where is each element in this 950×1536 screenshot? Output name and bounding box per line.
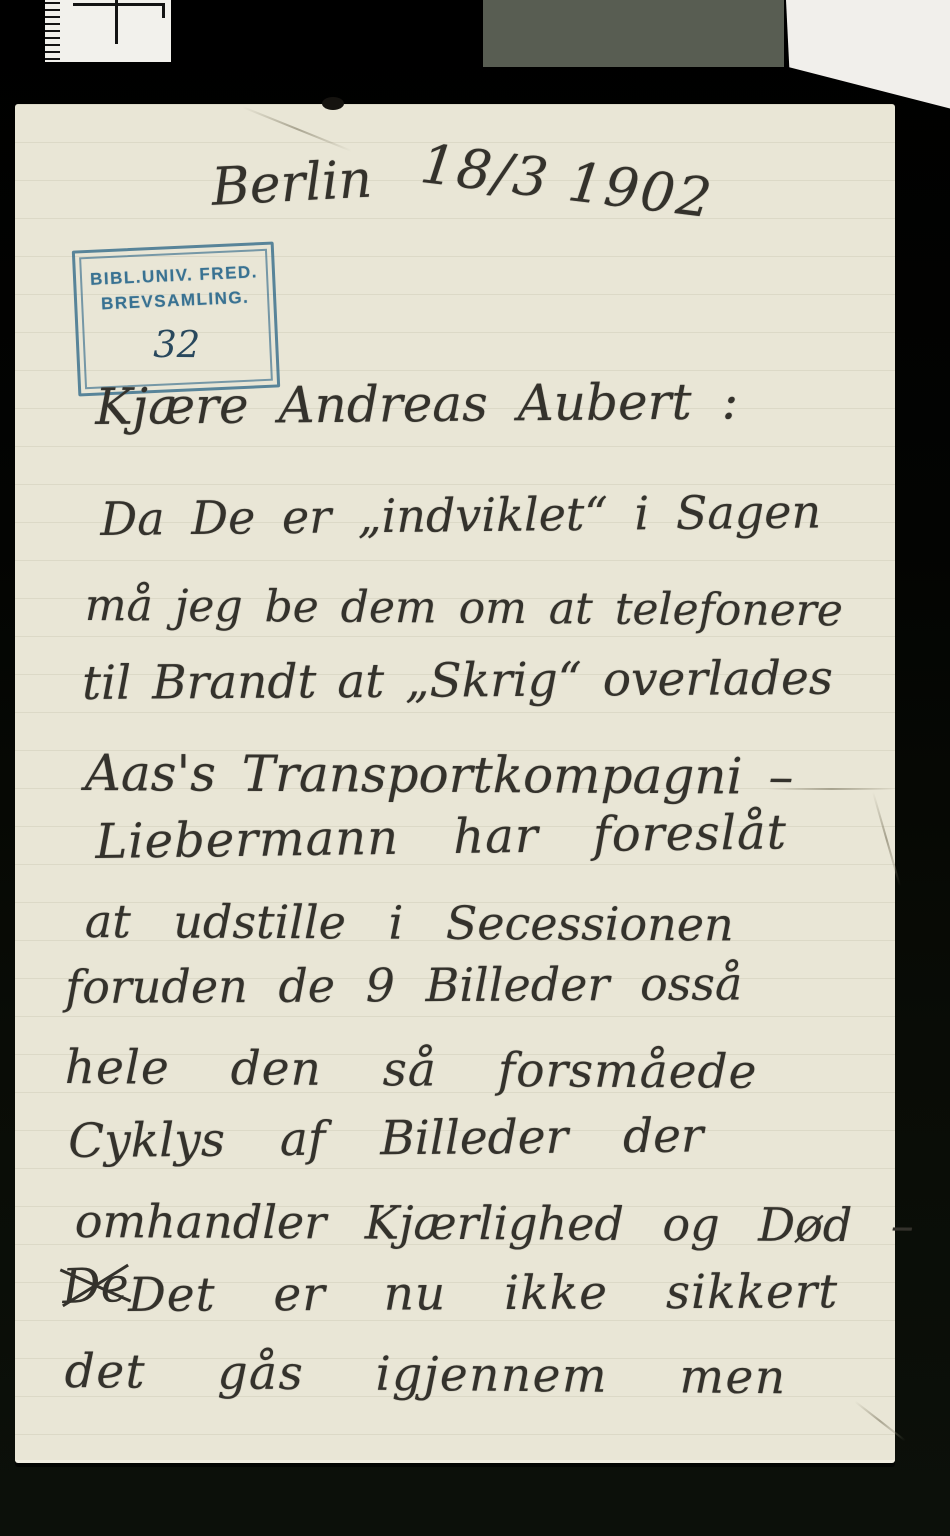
- crosshair-stub: [162, 3, 165, 18]
- handwriting-line: må jeg be dem om at telefonere: [85, 580, 843, 636]
- handwriting-line: til Brandt at „Skrig“ overlades: [82, 651, 833, 711]
- ruler-tick-marks: [45, 2, 60, 60]
- stamp-number: 32: [153, 323, 200, 366]
- handwriting-line: Da De er „indviklet“ i Sagen: [100, 484, 821, 546]
- calibration-ruler-card: [45, 0, 171, 62]
- crosshair-horizontal: [73, 3, 165, 6]
- dateline-place: Berlin: [210, 150, 374, 218]
- crosshair-vertical: [115, 0, 118, 44]
- handwriting-line: Cyklys af Billeder der: [68, 1108, 704, 1169]
- struck-word: De: [61, 1257, 130, 1315]
- ink-blot: [322, 97, 344, 110]
- library-stamp-inner-border: BIBL.UNIV. FRED. BREVSAMLING. 32: [79, 249, 273, 389]
- stamp-line-2: BREVSAMLING.: [101, 285, 250, 316]
- gray-calibration-patch: [483, 0, 784, 67]
- handwriting-line: Liebermann har foreslåt: [95, 804, 787, 870]
- library-stamp: BIBL.UNIV. FRED. BREVSAMLING. 32: [72, 241, 280, 396]
- handwriting-line: omhandler Kjærlighed og Død –: [75, 1194, 914, 1252]
- handwriting-line: det gås igjennem men: [65, 1344, 787, 1405]
- handwriting-line: foruden de 9 Billeder osså: [65, 956, 742, 1014]
- salutation: Kjære Andreas Aubert :: [95, 372, 739, 436]
- white-calibration-patch: [786, 0, 950, 118]
- scanned-letter-page: Berlin 18/3 1902 BIBL.UNIV. FRED. BREVSA…: [0, 0, 950, 1536]
- handwriting-line: at udstille i Secessionen: [85, 894, 734, 951]
- handwriting-line: Det er nu ikke sikkert: [128, 1264, 838, 1323]
- handwriting-line: hele den så forsmåede: [65, 1040, 758, 1100]
- handwriting-line: Aas's Transportkompagni –: [85, 744, 794, 806]
